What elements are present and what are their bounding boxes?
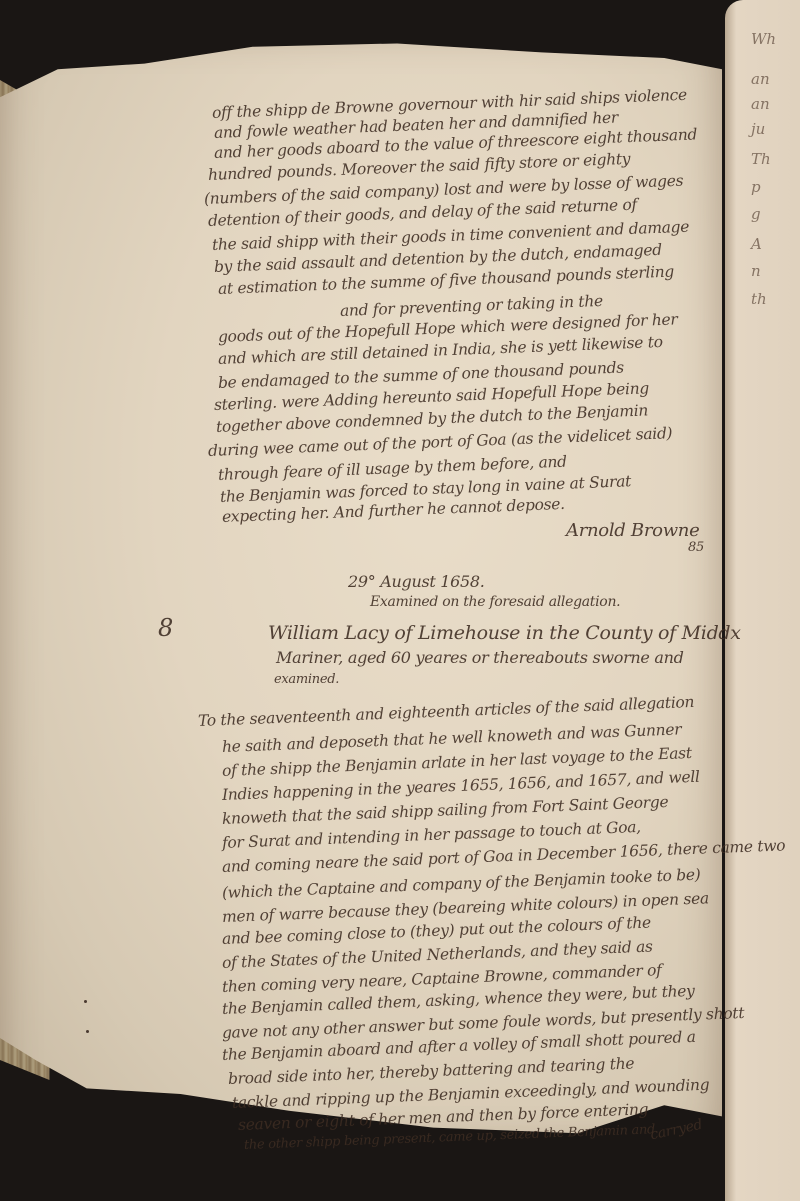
margin-mark: 8 [158,614,173,642]
deposition-date: 29° August 1658. [348,572,485,591]
ink-speck [84,1000,87,1003]
signature: Arnold Browne [566,520,699,541]
ink-speck [86,1030,89,1033]
facing-fragment: Wh [751,30,776,48]
facing-fragment: th [751,290,767,308]
catchword: carryed [649,1117,704,1144]
facing-fragment: an [751,95,770,113]
facing-fragment: ju [751,120,765,138]
deponent-line: Mariner, aged 60 yeares or thereabouts s… [276,648,684,667]
facing-fragment: Th [751,150,771,168]
facing-fragment: p [751,178,761,196]
deponent-line: William Lacy of Limehouse in the County … [268,622,741,644]
facing-fragment: an [751,70,770,88]
signature-mark: 85 [688,540,704,555]
deponent-line: examined. [274,672,339,687]
deposition-heading: Examined on the foresaid allegation. [370,594,620,610]
facing-fragment: A [751,235,762,253]
facing-fragment: g [751,205,761,223]
facing-fragment: n [751,262,761,280]
